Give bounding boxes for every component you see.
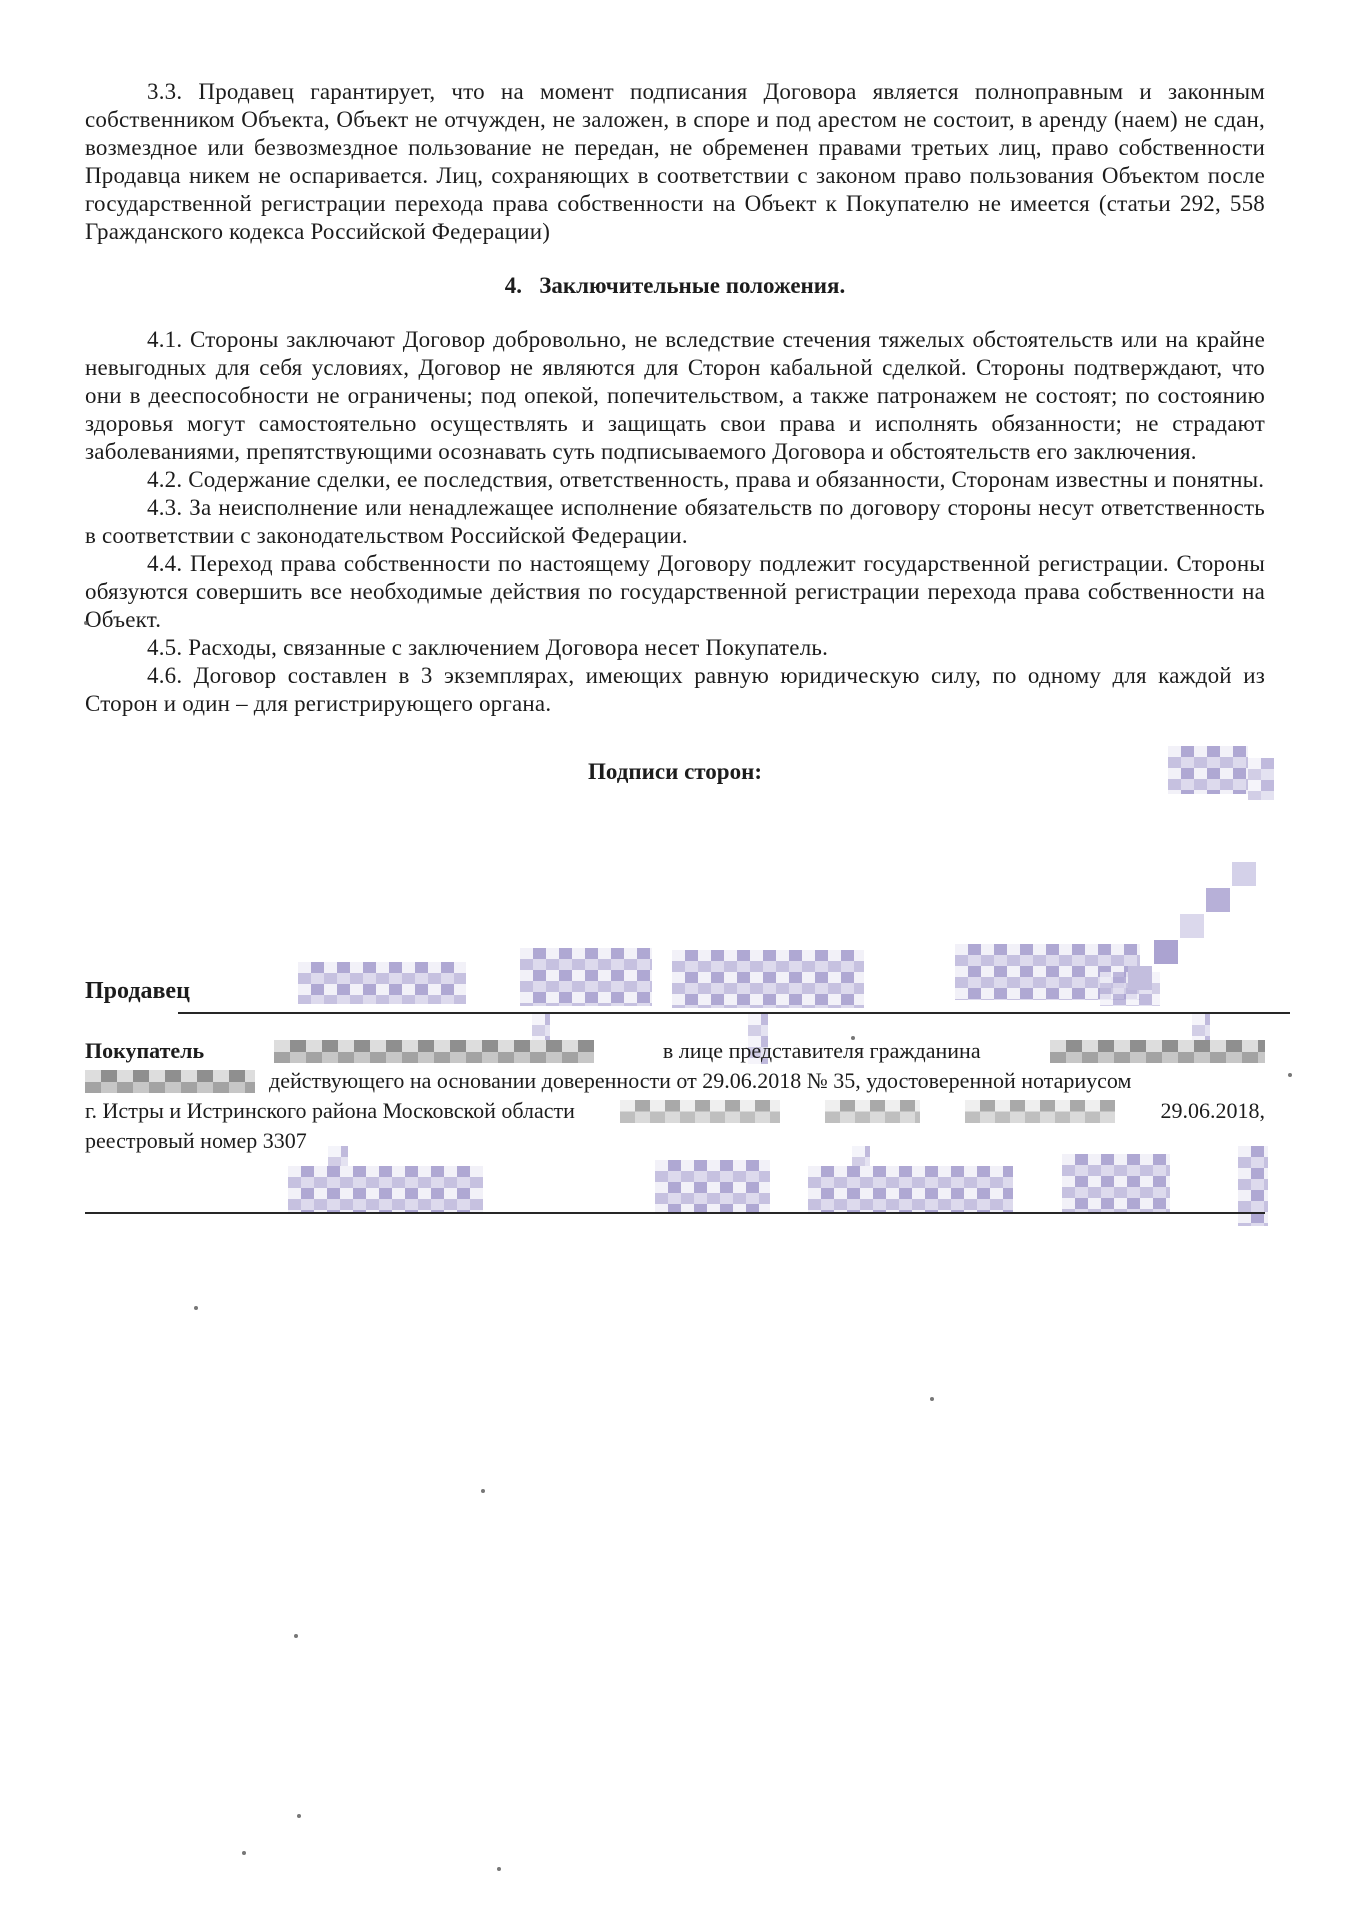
- buyer-line-3-date: 29.06.2018,: [1160, 1096, 1265, 1126]
- document-page: 3.3. Продавец гарантирует, что на момент…: [0, 0, 1350, 1910]
- seller-signature-pixelated: [1128, 966, 1152, 990]
- buyer-signature-pixelated: [852, 1146, 870, 1166]
- seller-signature-pixelated: [672, 950, 864, 1008]
- scan-speck: [84, 621, 88, 625]
- scan-speck: [294, 1634, 298, 1638]
- seller-signature-pixelated: [298, 962, 466, 1004]
- buyer-line-3: г. Истры и Истринского района Московской…: [85, 1096, 1265, 1126]
- seller-signature-pixelated: [520, 948, 652, 1006]
- scan-speck: [1288, 1073, 1292, 1077]
- section-4-heading: 4. Заключительные положения.: [85, 272, 1265, 300]
- buyer-line-1: Покупатель в лице представителя граждани…: [85, 1036, 1265, 1066]
- paragraph-4-5: 4.5. Расходы, связанные с заключением До…: [85, 634, 1265, 662]
- paragraph-3-3: 3.3. Продавец гарантирует, что на момент…: [85, 78, 1265, 246]
- paragraph-4-3: 4.3. За неисполнение или ненадлежащее ис…: [85, 494, 1265, 550]
- scan-speck: [851, 1036, 855, 1040]
- buyer-line-2-text: действующего на основании доверенности о…: [269, 1066, 1131, 1096]
- seller-label: Продавец: [85, 978, 190, 1005]
- scan-speck: [297, 1814, 301, 1818]
- buyer-line-4: реестровый номер 3307: [85, 1126, 1265, 1156]
- redaction-block: [825, 1100, 920, 1123]
- buyer-signature-pixelated: [808, 1166, 1013, 1212]
- redaction-block: [85, 1070, 255, 1093]
- buyer-signature-pixelated: [1062, 1154, 1170, 1212]
- paragraph-4-2: 4.2. Содержание сделки, ее последствия, …: [85, 466, 1265, 494]
- buyer-signature-line: [85, 1212, 1265, 1214]
- redaction-block: [965, 1100, 1115, 1123]
- buyer-signature-pixelated: [288, 1166, 483, 1212]
- scan-speck: [242, 1851, 246, 1855]
- buyer-line-3-text: г. Истры и Истринского района Московской…: [85, 1096, 575, 1126]
- scan-speck: [481, 1489, 485, 1493]
- seller-signature-line: [178, 1012, 1290, 1014]
- buyer-line-2: действующего на основании доверенности о…: [85, 1066, 1265, 1096]
- redaction-block: [1050, 1040, 1265, 1063]
- buyer-label: Покупатель: [85, 1036, 204, 1066]
- contract-text: 3.3. Продавец гарантирует, что на момент…: [85, 78, 1265, 786]
- buyer-paragraph: Покупатель в лице представителя граждани…: [85, 1036, 1265, 1156]
- buyer-line-1-text: в лице представителя гражданина: [663, 1036, 981, 1066]
- seller-signature-pixelated: [1248, 758, 1274, 800]
- seller-signature-pixelated: [1168, 746, 1248, 794]
- redaction-block: [620, 1100, 780, 1123]
- buyer-line-4-text: реестровый номер 3307: [85, 1126, 307, 1156]
- signatures-heading: Подписи сторон:: [85, 758, 1265, 786]
- paragraph-4-1: 4.1. Стороны заключают Договор доброволь…: [85, 326, 1265, 466]
- scan-speck: [930, 1397, 934, 1401]
- paragraph-4-6: 4.6. Договор составлен в 3 экземплярах, …: [85, 662, 1265, 718]
- paragraph-4-4: 4.4. Переход права собственности по наст…: [85, 550, 1265, 634]
- scan-speck: [497, 1867, 501, 1871]
- buyer-signature-pixelated: [328, 1146, 348, 1166]
- buyer-signature-pixelated: [1238, 1146, 1268, 1226]
- buyer-signature-pixelated: [655, 1160, 770, 1212]
- redaction-block: [274, 1040, 594, 1063]
- scan-speck: [194, 1306, 198, 1310]
